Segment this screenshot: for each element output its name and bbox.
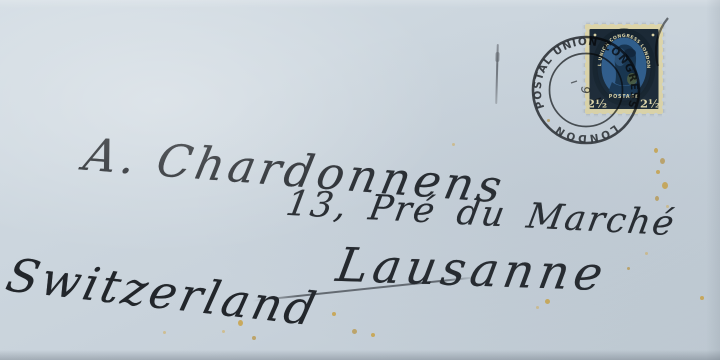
foxing-spot xyxy=(332,312,336,316)
foxing-spot xyxy=(627,267,630,270)
foxing-spot xyxy=(662,182,668,189)
foxing-spot xyxy=(656,170,660,174)
postmark-date-slug: 6 xyxy=(578,85,593,95)
postmark-cancel: POSTAL UNION CONGRESS LONDON 6 xyxy=(521,25,651,155)
foxing-spot xyxy=(252,336,256,340)
foxing-spot xyxy=(660,158,665,164)
foxing-spot xyxy=(645,252,648,255)
envelope-cover: A. Chardonnens 13, Pré du Marché Lausann… xyxy=(0,0,720,360)
postmark-arc-top-text: POSTAL UNION CONGRESS xyxy=(532,36,640,111)
address-city: Lausanne xyxy=(332,238,611,302)
foxing-spot xyxy=(371,333,375,337)
svg-text:LONDON: LONDON xyxy=(552,122,620,144)
foxing-spot xyxy=(222,330,225,333)
foxing-spot xyxy=(700,296,704,300)
foxing-spot xyxy=(536,306,539,309)
foxing-spot xyxy=(452,143,455,146)
svg-text:POSTAL UNION CONGRESS: POSTAL UNION CONGRESS xyxy=(532,36,640,111)
address-country: Switzerland xyxy=(1,248,323,336)
foxing-spot xyxy=(654,148,658,153)
foxing-spot xyxy=(655,196,659,201)
postmark-arc-bottom-text: LONDON xyxy=(552,122,620,144)
foxing-spot xyxy=(163,331,166,334)
scratch-mark xyxy=(495,44,499,104)
postmark-second-strike-fragment xyxy=(638,16,678,71)
foxing-spot xyxy=(352,329,357,334)
